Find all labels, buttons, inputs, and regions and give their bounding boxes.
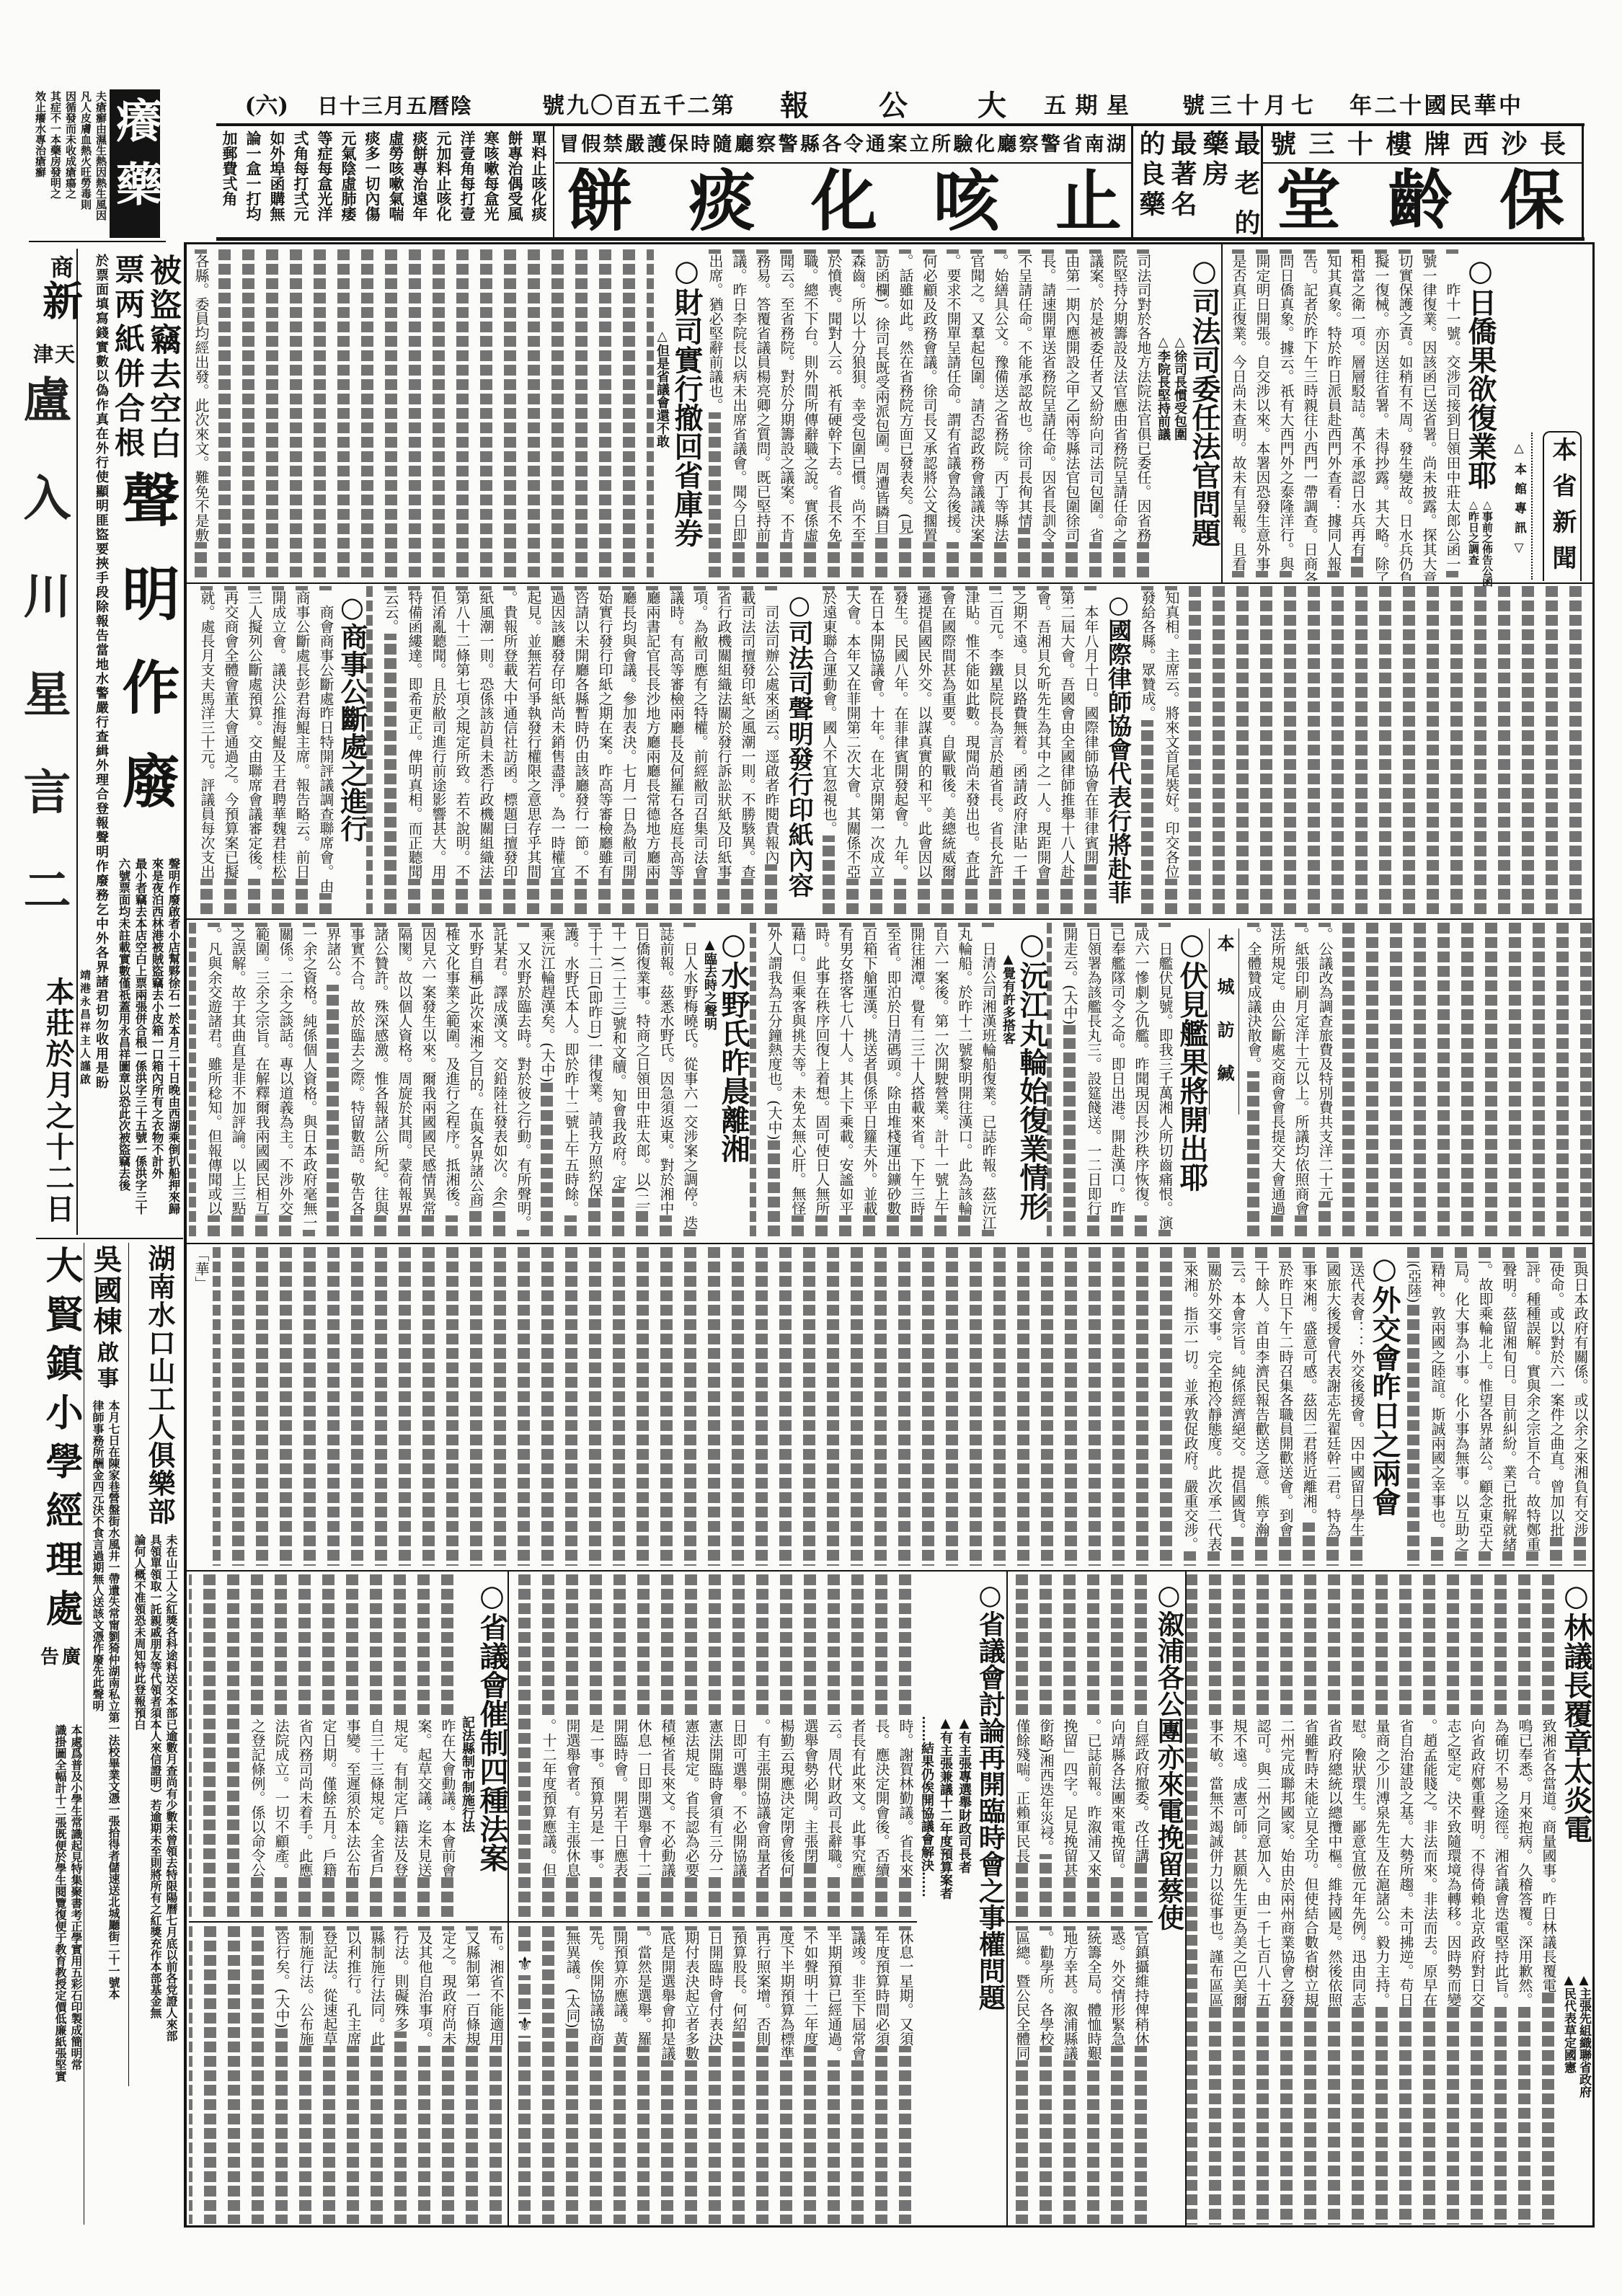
text-column: 成六一慘劇之仇艦。昨聞現因長沙秩序恢復。 bbox=[1129, 923, 1153, 1240]
text-column: 在日本開協議會。十年。在北京開第一次成立 bbox=[864, 586, 888, 916]
text-column: 託某君。譯成漢文。交鉛陸社發表如次。余( bbox=[487, 923, 511, 1240]
column-text: 遜提倡國民外交。以謀真實的和平。此會因以 bbox=[916, 590, 933, 879]
text-column: 日僑復業事。特商之日領田中莊太郎。以(二 bbox=[630, 923, 654, 1240]
column-text: 自三十三條規定。全省戶 bbox=[368, 1719, 385, 1877]
text-column: 是一事。預算另是一事。 bbox=[584, 1574, 608, 1918]
column-text: 法院成立。一切不顧產。 bbox=[272, 1719, 290, 1877]
subheadings: ▲覺有許多搭客 bbox=[1000, 923, 1016, 1240]
text-column: 定之。現政府尚未 bbox=[436, 1926, 460, 2224]
subheading: ▲民代表草定國憲 bbox=[1561, 1973, 1576, 2098]
column-text: 本處爲普及小學生常識起見特集聚書考正學實用五彩石印製成簡明常 bbox=[69, 1724, 83, 2070]
column-text: 本年八月十日。國際律師協會在菲律賓開 bbox=[1082, 590, 1099, 864]
text-column: 憲法規定。省長認為必要 bbox=[679, 1574, 703, 1918]
text-column: 是否真正復業。今日尚未查明。故未有呈報。且看 bbox=[1226, 249, 1250, 581]
masthead-lunar-date: 陰曆五月三十日 bbox=[317, 92, 471, 120]
column-text: △李院長堅持前議 bbox=[1156, 334, 1171, 440]
text-column: 。趙孟能賤之。非法而來。非法而去。原早在 bbox=[1417, 1574, 1441, 2225]
column-text: 特備函縷達。即希更正。俾明真相。而正聽聞 bbox=[406, 590, 423, 879]
article-treasury-bonds: ○財司實行撤回省庫券 △但是省議會還不敢 各縣。委員均經出發。此次來文。難免不是… bbox=[189, 249, 702, 581]
text-column: 。十二年度預算應議。但 bbox=[536, 1574, 560, 1918]
subheadings: △事前之佈告公函△昨日之調查 bbox=[1466, 498, 1494, 587]
text-column: 知真相。主席云。將來文首尾裝好。印交各位 bbox=[1159, 586, 1183, 916]
ad-text-column: 來是夜泊西林港被賊盜竊去小皮箱一口箱內所有之衣物不計外 bbox=[149, 858, 165, 1233]
text-column: 。貴報所登載大中通信社訪函。標題曰擅發印 bbox=[497, 586, 521, 916]
text-column: 再行照案增。否則 bbox=[750, 1926, 774, 2224]
text-column: 。故即乘輪北上。惟望各界諸公。顧念東亞大 bbox=[1473, 1247, 1497, 1566]
text-column: 統籌全局。體恤時艱 bbox=[1081, 1926, 1105, 2224]
text-column: 何必顧及政務會議。徐司長又承認將公文擱置 bbox=[917, 249, 941, 581]
text-column: 開選舉會者。有主張休息 bbox=[560, 1574, 584, 1918]
text-column: 僅餘殘喘。正賴軍民長 bbox=[1010, 1574, 1034, 1918]
text-column: 第八十二條第七項之規定所致。若不說明。不 bbox=[450, 586, 474, 916]
text-column: 日領署為該艦長丸三。設筵餞送。一二日即行 bbox=[1081, 923, 1105, 1240]
column-text: 休息一日即開選舉會十二 bbox=[635, 1719, 652, 1877]
tier-rule bbox=[187, 1243, 1592, 1244]
column-text: 憲法規定。省長認為必要 bbox=[683, 1719, 700, 1877]
text-column: 憲法開臨時會須有三分一 bbox=[703, 1574, 727, 1918]
text-column: 自六一案後。第一次開駛營業。計十一號上午 bbox=[929, 923, 952, 1240]
text-column: 紙風潮一則。恐係該訪員未悉行政機關組織法 bbox=[474, 586, 497, 916]
text-column: 發生。民國八年。在菲律賓開發起會。九年。 bbox=[888, 586, 912, 916]
subheadings: ▲臨去時之聲明 bbox=[701, 923, 718, 1240]
text-column: 外人謂我為五分鐘熱度也。(大中) bbox=[762, 923, 786, 1240]
subheading: ▲主張先組織聯省政府 bbox=[1576, 1973, 1591, 2098]
column-text: 律師事務所酬金四元決不食言過期無人送該文憑作廢先此聲明 bbox=[91, 1400, 105, 1711]
ad-text-column: 痰餅專治遠年 bbox=[408, 130, 432, 236]
text-column: 來湘。指示一切。並承敦促政府。嚴重交涉。 bbox=[1178, 1247, 1202, 1566]
daxianzhen-title: 大賢鎮小學經理處 bbox=[40, 1246, 81, 1638]
column-text: △事前之佈告公函 bbox=[1481, 498, 1494, 587]
text-column: 之誤解。故于其曲直是非不加評論。以上三點 bbox=[226, 923, 249, 1240]
column-text: 休息一星期。又須 bbox=[897, 1931, 914, 2046]
text-column: 不如聲明十二年度 bbox=[798, 1926, 822, 2224]
article-body: 本年八月十日。國際律師協會在菲律賓開第二屆大會。吾國會由全國律師推舉十八人赴會。… bbox=[815, 586, 1102, 916]
article-japanese-residents-reopen: ○日僑果欲復業耶 △事前之佈告公函△昨日之調查 昨十一號。交涉司接到日領田中莊太… bbox=[1223, 249, 1496, 581]
column-text: 於憤喪。聞對人云。祇有硬幹下去。省長不免 bbox=[825, 254, 843, 542]
column-text: 積極省長來文。不必動議 bbox=[659, 1719, 676, 1877]
article-body-wrapper: 自經政府撤委。改任講向靖縣各法團來電挽留。。已誌前報。昨溆浦又來挽留」四字。足見… bbox=[1008, 1574, 1153, 2225]
text-column: 于十二日(即昨日)一律復業。請我方照約保 bbox=[582, 923, 606, 1240]
column-text: 布。湘省不能適用 bbox=[487, 1931, 505, 2046]
text-column: 昨在大會動議。本會前會 bbox=[435, 1574, 459, 1918]
text-column: 法院成立。一切不顧產。 bbox=[269, 1574, 293, 1918]
article-body-wrapper: 時。謝賀林勤議。省長來長。應決定開會後。否續者長有此來文。此事究應云。周代財政司… bbox=[509, 1574, 917, 2225]
column-text: ……結果仍俟開協議會解決…… bbox=[919, 1716, 934, 1897]
headline: ○水野氏昨晨離湘 bbox=[717, 927, 749, 1163]
text-column: 。公議改為調查旅費及特別費共支洋二十元 bbox=[1313, 923, 1337, 1240]
masthead-era-year: 中華民國十二年 bbox=[1350, 92, 1521, 120]
headline-block: ○溆浦各公團亦來電挽留蔡使 bbox=[1153, 1574, 1184, 2225]
article-body: 司法司對於各地方法院法官俱已委任。因省務院堅持分期籌設及法官應由省務院呈請任命之… bbox=[702, 249, 1155, 581]
column-text: 論何人概不准領恐未周知特此登報預白 bbox=[133, 1534, 146, 1730]
text-column: 「華」 bbox=[189, 1247, 213, 1566]
text-column: 開成立會。議決公推海鯤及王君聘華魏君桂松 bbox=[266, 586, 290, 916]
text-column: 時。此事在秩序回復上着想。固可使日人無所 bbox=[810, 923, 833, 1240]
text-column: 乘沅江輪趕漢矣。(大中) bbox=[535, 923, 559, 1240]
subheadings: 記法縣制市制施行法 bbox=[459, 1574, 476, 1918]
subheading: △事前之佈告公函 bbox=[1480, 498, 1494, 587]
ad-text-column: 凡人皮膚血熱火旺勞毒則 bbox=[78, 91, 93, 236]
text-column: 自三十三條規定。全省戶 bbox=[364, 1574, 388, 1918]
article-body-lower: 官鎮攝維持俾稍休惑。外交情形緊急統籌全局。體恤時艱地方幸甚。溆浦縣議。勸學所。各… bbox=[1008, 1926, 1153, 2224]
text-column: 。話雖如此。然在省務院方面已發表矣。(見 bbox=[893, 249, 917, 581]
subheading: ▲臨去時之聲明 bbox=[701, 937, 718, 1240]
text-column: 慰。險狀環生。鄙意宜倣元年先例。迅由同志 bbox=[1346, 1574, 1370, 2225]
headline: ○司法司委任法官問題 bbox=[1188, 254, 1220, 547]
column-text: 國旅大後援會代表謝志先翟廷幹二君。特為 bbox=[1324, 1263, 1342, 1537]
column-text: 再交商會全體會董大會通過之。今預算案已擬 bbox=[222, 590, 239, 879]
column-text: 洋壹角每打壹 bbox=[458, 130, 477, 221]
masthead-date: 七月十三號 bbox=[1182, 92, 1313, 120]
column-text: 。勸學所。各學校 bbox=[1037, 1931, 1055, 2046]
text-column: 事變。至遲須於本法公布 bbox=[340, 1574, 364, 1918]
column-text: 局。化大事為小事。化小事為無事。以互助之 bbox=[1453, 1263, 1470, 1551]
article-mizuno-departs: ○水野氏昨晨離湘 ▲臨去時之聲明 日人水野梅曉氏。從事六一交涉案之調停。迭誌前報… bbox=[189, 923, 748, 1240]
tianjin-notice-city: 天津 bbox=[33, 342, 75, 368]
column-text: 。十二年度預算應議。但 bbox=[540, 1719, 557, 1877]
article-body: 商會商事公斷處昨日特開評議調查聯席會。由商事公斷處長彭君海鯤主席。報告略云。前日… bbox=[189, 586, 337, 916]
column-text: 號一律復業。因該函已送省署。尚未披露。探其大意 bbox=[1420, 254, 1437, 581]
column-text: 訪函欄)。徐司長既受兩派包圍。周遭皆瞵目 bbox=[873, 254, 890, 533]
article-body: 昨十一號。交涉司接到日領田中莊太郎公函一號一律復業。因該函已送省署。尚未披露。探… bbox=[1223, 249, 1464, 581]
text-column: 制施行法。公布施 bbox=[293, 1926, 317, 2224]
column-text: ▲主張先組織聯省政府 bbox=[1577, 1973, 1591, 2098]
column-text: 日艦伏見號。即我三千萬湘人所切齒痛恨。演 bbox=[1156, 927, 1174, 1230]
column-text: 向靖縣各法團來電挽留。 bbox=[1109, 1719, 1126, 1877]
text-column: 度下半期預算為標準 bbox=[774, 1926, 798, 2224]
column-text: 聲明。茲留湘旬日。目前糾紛。業已批解就緒 bbox=[1500, 1263, 1517, 1551]
text-column: 再交商會全體會董大會通過之。今預算案已擬 bbox=[218, 586, 242, 916]
column-text: 出席。猶必堅辭前議也。 bbox=[706, 254, 724, 412]
column-text: 楊勤云現應決定閉會後何 bbox=[778, 1719, 795, 1877]
itch-remedy-title-box: 癢藥 bbox=[110, 89, 160, 238]
column-text: 事實不合。故於臨去之際。特留數語。敬告各 bbox=[348, 927, 365, 1215]
headline-block: ○沅江丸輪始復業情形 bbox=[1016, 923, 1047, 1240]
text-column: 云云。 bbox=[378, 586, 402, 916]
column-text: 自六一案後。第一次開駛營業。計十一號上午 bbox=[932, 927, 949, 1215]
headline-block: ○財司實行撤回省庫券 bbox=[670, 249, 702, 581]
column-text: 云云。 bbox=[382, 590, 399, 634]
text-column: 於遠東聯合運動會。國人不宜忽視也。 bbox=[817, 586, 841, 916]
wu-guodong-label: 啟事 bbox=[92, 1341, 118, 1393]
column-text: 半期預算已經通過。 bbox=[825, 1931, 843, 2060]
column-text: 諸公贊許。殊深感激。惟各報諸公所紀。往與 bbox=[372, 927, 389, 1215]
text-column: 會。吾湘貝允昕先生為其中之一人。現距開會 bbox=[1031, 586, 1055, 916]
tier-rule bbox=[187, 918, 1592, 920]
column-text: 開臨時會。開若干日應表 bbox=[611, 1719, 629, 1877]
column-text: 未在山工人之紅獎各科途料送交本部已逾數月查尚有少數未曾領去特限陽曆七月底以前各党… bbox=[164, 1534, 178, 2042]
ad-text-column: 單料止咳化痰 bbox=[527, 130, 551, 236]
subheading: △李院長堅持前議 bbox=[1155, 334, 1171, 581]
daxianzhen-label: 廣告 bbox=[40, 1645, 81, 1670]
column-text: 單料止咳化痰 bbox=[530, 130, 548, 221]
tier-rule bbox=[187, 1570, 1592, 1572]
ad-text-column: 具領單領取一託親戚朋友等代領者須本人來信證明）若逾期未至則將所有之紅獎充作本部基… bbox=[147, 1534, 163, 2086]
headline-block: ○外交會昨日之兩會 bbox=[1368, 1247, 1400, 1566]
column-text: 會在國際間甚為重要。自歐戰後。美總統威爾 bbox=[939, 590, 957, 879]
column-text: 。當然是選舉。羅 bbox=[635, 1931, 652, 2046]
tianjin-notice-big-char: 新 bbox=[43, 280, 76, 320]
column-text: 記法縣制市制施行法 bbox=[460, 1716, 475, 1832]
column-text: 外人謂我為五分鐘熱度也。(大中) bbox=[766, 927, 783, 1140]
text-column: 。始繕具公文。豫備送之省務院。丙丁等縣法 bbox=[988, 249, 1012, 581]
article-assembly-urges-four-laws: ○省議會催制四種法案 記法縣制市制施行法 昨在大會動議。本會前會案。起草交議。迄… bbox=[189, 1574, 508, 2225]
column-text: 其症不一本藥房發明之 bbox=[49, 91, 62, 199]
article-yuanjiang-maru-resumes: ○沅江丸輪始復業情形 ▲覺有許多搭客 日清公司湘漢班輪船復業。已誌昨報。茲沅江丸… bbox=[750, 923, 1047, 1240]
lost-tickets-body: 聲明作廢啟者小店幫夥徐石一於本月二十日晚由西湖乘倒扒船押來歸來是夜泊西林港被賊盜… bbox=[114, 858, 182, 1233]
column-text: 日即可選舉。不必開協議 bbox=[730, 1719, 748, 1877]
text-column: 商事公斷處長彭君海鯤主席。報告略云。前日 bbox=[290, 586, 314, 916]
column-text: 志之堅定。決不致隨環境為轉移。因時勢而變 bbox=[1445, 1719, 1462, 2007]
text-column: 案。起草交議。迄未見送 bbox=[412, 1574, 435, 1918]
daxianzhen-body: 本處爲普及小學生常識起見特集聚書考正學實用五彩石印製成簡明常識掛圖全幅計十二張既… bbox=[50, 1724, 84, 2092]
column-text: 日領署為該艦長丸三。設筵餞送。一二日即行 bbox=[1085, 927, 1102, 1215]
column-text: ▲有主張兼議十二年度預算案者 bbox=[938, 1716, 953, 1900]
text-column: 就。處長月支夫馬洋三十元。評議員每次支出 bbox=[195, 586, 218, 916]
article-speaker-lin-reply-zhang-taiyan: ○林議長覆章太炎電 ▲主張先組織聯省政府▲民代表草定國憲 致湘省各當道。商量國事… bbox=[1187, 1574, 1592, 2225]
headline: ○外交會昨日之兩會 bbox=[1368, 1251, 1400, 1516]
subheading: ▲覺有許多搭客 bbox=[1000, 952, 1016, 1240]
ad-slogan-column: 的良藥 bbox=[1135, 130, 1166, 235]
text-column: 事實不合。故於臨去之際。特留數語。敬告各 bbox=[345, 923, 368, 1240]
text-column: 規不遠。成憲可師。甚願先生更為美之巴美爾 bbox=[1227, 1574, 1251, 2225]
column-text: 議。昨日李院長以病未出席省議會。聞今日即 bbox=[730, 254, 748, 542]
column-text: 咨請以未開廳各縣暫時仍由該廳發行一節。不 bbox=[572, 590, 590, 879]
text-column: 一余之資格。純係個人資格。與日本政府毫無一 bbox=[297, 923, 321, 1240]
tianjin-notice-date: 本莊於月之十二日 bbox=[42, 977, 74, 1225]
article-assembly-extra-session: ○省議會討論再開臨時會之事權問題 ▲有主張專選舉財政司長者▲有主張兼議十二年度預… bbox=[509, 1574, 1006, 2225]
column-text: (亞陸) bbox=[1405, 1263, 1422, 1303]
text-column: 榷文化事業之範圍。及進行之程序。抵湘後。 bbox=[440, 923, 464, 1240]
subheadings: ▲有主張專選舉財政司長者▲有主張兼議十二年度預算案者……結果仍俟開協議會解決…… bbox=[917, 1574, 973, 2225]
column-text: 規不遠。成憲可師。甚願先生更為美之巴美爾 bbox=[1231, 1719, 1248, 2007]
text-column: 量商之少川溥泉先生及在滬諸公。毅力主持。 bbox=[1370, 1574, 1393, 2225]
article-continuation: 與日本政府有關係。或以余之來湘負有交涉使命。或以對於六一案件之曲直。曾加以批評。… bbox=[1401, 1247, 1592, 1566]
text-column: 無異議。(太同) bbox=[560, 1926, 584, 2224]
text-column: 鳴已奉悉。月來抱病。久稽答覆。深用歉然。 bbox=[1512, 1574, 1536, 2225]
ad-text-column: 最小者竊去本店空白上票兩張併合根一係洪字三十五號一係洪字三十 bbox=[132, 858, 149, 1233]
column-text: 寒咳嗽每盒光 bbox=[482, 130, 500, 221]
text-column: 挽留」四字。足見挽留甚 bbox=[1058, 1574, 1081, 1918]
column-text: 以利推行。孔主席 bbox=[345, 1931, 362, 2046]
text-column: 百箱下艙運漢。挑送者俱係平日籮夫外。並載 bbox=[857, 923, 881, 1240]
column-text: 日開臨時會付表決 bbox=[706, 1931, 724, 2046]
column-text: 使命。或以對於六一案件之曲直。曾加以批 bbox=[1548, 1263, 1565, 1537]
column-text: 行法。則礙殊多 bbox=[392, 1931, 409, 2031]
headline: ○溆浦各公團亦來電挽留蔡使 bbox=[1154, 1579, 1184, 1931]
article-body-upper: 自經政府撤委。改任講向靖縣各法團來電挽留。。已誌前報。昨溆浦又來挽留」四字。足見… bbox=[1008, 1574, 1153, 1918]
left-ad-rule bbox=[36, 1238, 183, 1239]
text-column: 始實行發行印紙之期在案。昨高等審檢廳雖有 bbox=[593, 586, 616, 916]
ad-slogan-column: 藥房 bbox=[1198, 130, 1230, 235]
text-column: 廳兩書記官長長沙地方廳兩廳長常德地方廳兩 bbox=[640, 586, 664, 916]
text-column: 誌前報。茲悉水野氏。因急須返東。對於湘中 bbox=[654, 923, 678, 1240]
column-text: 託某君。譯成漢文。交鉛陸社發表如次。余( bbox=[491, 927, 508, 1207]
column-text: 時。謝賀林勤議。省長來 bbox=[897, 1719, 914, 1877]
text-column: 。凡與余交遊諸君。雖所稔知。但報傳聞或以 bbox=[202, 923, 226, 1240]
column-text: ▲有主張專選舉財政司長者 bbox=[957, 1716, 972, 1874]
ad-top-rule bbox=[216, 123, 1585, 126]
column-text: 司法司辦公處來函云。逕啟者昨閱貴報內 bbox=[763, 590, 780, 864]
column-text: 制施行法。公布施 bbox=[297, 1931, 314, 2046]
headline: ○伏見艦果將開出耶 bbox=[1176, 927, 1207, 1192]
column-text: 無異議。(太同) bbox=[564, 1931, 581, 2029]
column-text: 因循發而未收成瘡瘍之 bbox=[64, 91, 77, 199]
text-column: 官聞之。又羣起包圍。請否認政務會議議決案 bbox=[965, 249, 988, 581]
column-text: 自經政府撤委。改任講 bbox=[1133, 1719, 1150, 1863]
column-text: 識掛圖全幅計十二張既便於學生閱覽復便于教育教授定價低廉紙張堅實 bbox=[53, 1724, 67, 2082]
ad-text-column: 痰多一切內傷 bbox=[360, 130, 384, 236]
column-text: 。貴報所登載大中通信社訪函。標題曰擅發印 bbox=[501, 590, 518, 879]
column-text: 為確切不易之途徑。湘省議會迭電堅持此旨。 bbox=[1492, 1719, 1510, 2007]
column-text: 長。請速開單送省務院呈請任命。因省長訓令 bbox=[1040, 254, 1057, 542]
article-warship-fushimi: ○伏見艦果將開出耶 日艦伏見號。即我三千萬湘人所切齒痛恨。演成六一慘劇之仇艦。昨… bbox=[1047, 923, 1207, 1240]
text-column: 項。為敝司應有之特權。前經敝司召集司法會 bbox=[688, 586, 712, 916]
text-column: 送代表會：：外交後援會。因中國留日學生 bbox=[1344, 1247, 1368, 1566]
column-text: 凡人皮膚血熱火旺勞毒則 bbox=[79, 91, 92, 210]
text-column: 起見。並無若何爭執發行權限之意思存乎其間 bbox=[521, 586, 545, 916]
shuikoushan-title: 湖南水口山工人俱樂部 bbox=[142, 1244, 177, 1525]
text-column: 登記法。從速起草 bbox=[317, 1926, 341, 2224]
text-column: 。全體贊成議決散會。 bbox=[1241, 923, 1265, 1240]
column-text: 會。吾湘貝允昕先生為其中之一人。現距開會 bbox=[1034, 590, 1052, 879]
text-column: 又縣制第一百條規 bbox=[460, 1926, 484, 2224]
text-column: 又水野於臨去時。對於彼之行動。有所聲明。 bbox=[511, 923, 535, 1240]
text-column: 使命。或以對於六一案件之曲直。曾加以批 bbox=[1544, 1247, 1568, 1566]
text-column: 日人水野梅曉氏。從事六一交涉案之調停。迭 bbox=[678, 923, 701, 1240]
text-column: 之登記條例。係以命令公 bbox=[245, 1574, 269, 1918]
text-column: 官鎮攝維持俾稍休 bbox=[1129, 1926, 1153, 2224]
text-column: 及其他自治事項。 bbox=[412, 1926, 436, 2224]
column-text: 大會。本年又在菲開第二次大會。其關係不亞 bbox=[844, 590, 861, 879]
text-column: 聞云。至省務院。對於分期籌設之議案。不肯 bbox=[774, 249, 798, 581]
column-text: 誌前報。茲悉水野氏。因急須返東。對於湘中 bbox=[657, 927, 675, 1215]
text-column: 各縣。委員均經出發。此次來文。難免不是敷 bbox=[189, 249, 213, 581]
wavy-divider bbox=[1531, 433, 1533, 580]
text-column: 休息一星期。又須 bbox=[893, 1926, 917, 2224]
text-column: 院堅持分期籌設及法官應由省務院呈請任命之 bbox=[1107, 249, 1131, 581]
text-column: 第二屆大會。吾國會由全國律師推舉十八人赴 bbox=[1055, 586, 1078, 916]
column-text: 聲明作廢啟者小店幫夥徐石一於本月二十日晚由西湖乘倒扒船押來歸 bbox=[167, 858, 180, 1215]
column-text: 十一)(二十三)號和文牘。知會我政府。定 bbox=[610, 927, 627, 1189]
text-column: 二百元。李鐵星院長為言於趙省長。省長允許 bbox=[983, 586, 1007, 916]
column-text: 三人擬列公斷處預算。交由聯席會議審定後。 bbox=[246, 590, 263, 879]
headline: ○國際律師協會代表行將赴菲 bbox=[1105, 590, 1131, 904]
text-column: 藉口。但乘客與挑夫等。未免太無心肝。無怪 bbox=[786, 923, 810, 1240]
text-column: 致湘省各當道。商量國事。昨日林議長覆電 bbox=[1536, 1574, 1560, 2225]
subheading: △但是省議會還不敢 bbox=[654, 329, 670, 581]
text-column: 森齒。所以十分狼狽。幸受包圍已慣。尚不至 bbox=[846, 249, 869, 581]
text-column: 開往湘潭。覺有二三十人搭載來省。下午三時 bbox=[905, 923, 929, 1240]
column-text: 過因該廳發存印紙尚未銷售盡淨。為一時權宜 bbox=[549, 590, 566, 879]
column-text: 惑。外交情形緊急 bbox=[1109, 1931, 1126, 2046]
column-text: 省政府總統以總攬中樞。維持國是。然後依照 bbox=[1326, 1719, 1343, 2007]
column-text: 省雖暫時未能立見全功。但使結合數省樹立規 bbox=[1302, 1719, 1319, 2007]
column-text: 送代表會：：外交後援會。因中國留日學生 bbox=[1348, 1263, 1365, 1537]
article-body-lower: 休息一星期。又須年度預算時間必須議竣。非至下屆常會半期預算已經通過。不如聲明十二… bbox=[509, 1926, 917, 2224]
column-text: 加郵費弍角 bbox=[221, 130, 239, 206]
column-text: 。凡與余交遊諸君。雖所稔知。但報傳聞或以 bbox=[205, 927, 223, 1215]
subheading: ……結果仍俟開協議會解決…… bbox=[917, 1716, 936, 2225]
headline-block: ○日僑果欲復業耶 △事前之佈告公函△昨日之調查 bbox=[1464, 249, 1496, 581]
subheadings: ▲主張先組織聯省政府▲民代表草定國憲 bbox=[1561, 1973, 1591, 2098]
text-column: 自經政府撤委。改任講 bbox=[1129, 1574, 1153, 1918]
headline: ○財司實行撤回省庫券 bbox=[670, 254, 702, 547]
subheading: △昨日之調查 bbox=[1466, 498, 1480, 587]
column-text: 昨在大會動議。本會前會 bbox=[439, 1719, 456, 1877]
ad-slogan-column: 最老的 bbox=[1230, 130, 1262, 235]
column-text: 切實保護之責。如稍有不周。發生變故。日水兵仍負 bbox=[1396, 254, 1414, 581]
text-column: 銜略)湘西迭年災祲。 bbox=[1034, 1574, 1058, 1918]
text-column: 聲明。茲留湘旬日。目前糾紛。業已批解就緒 bbox=[1497, 1247, 1520, 1566]
column-text: 職。總不下台。則外間所傳辭職之說。實係虛 bbox=[802, 254, 819, 542]
column-text: 告。記者於昨下午三時親往小西門一帶調查。日商各 bbox=[1301, 254, 1319, 581]
column-text: 一余之資格。純係個人資格。與日本政府毫無一 bbox=[301, 927, 318, 1230]
text-column: 精神。敦兩國之睦誼。斯誠兩國之幸事也。 bbox=[1425, 1247, 1449, 1566]
column-text: 第八十二條第七項之規定所致。若不說明。不 bbox=[453, 590, 471, 879]
text-column: 法所規定。由公斷處交商會會長提交大會通過 bbox=[1265, 923, 1289, 1240]
text-column: 出席。猶必堅辭前議也。 bbox=[703, 249, 727, 581]
column-text: 藉口。但乘客與挑夫等。未免太無心肝。無怪 bbox=[789, 927, 807, 1215]
column-text: 本月七日在陳家巷營盤街水風井一帶遺失常甯劉猗仲湖南私立第一法校畢業文憑一張拾得者… bbox=[107, 1400, 120, 2000]
column-text: 何必顧及政務會議。徐司長又承認將公文擱置 bbox=[921, 254, 938, 542]
tianjin-notice-partial-glyphs-clip: 盧入川星言二 bbox=[22, 375, 76, 966]
column-text: 日人水野梅曉氏。從事六一交涉案之調停。迭 bbox=[681, 927, 699, 1230]
lost-tickets-long-column: 於票面填寫錢實數以偽作真在外行使顯明匪盜要挾手段除報告當地水警嚴行查緝外理合登報… bbox=[92, 254, 110, 1130]
article-body-upper: 昨在大會動議。本會前會案。起草交議。迄未見送規定。有制定戶籍法及登自三十三條規定… bbox=[189, 1574, 459, 1918]
text-column: 十一)(二十三)號和文牘。知會我政府。定 bbox=[606, 923, 630, 1240]
shuikoushan-body: 未在山工人之紅獎各科途料送交本部已逾數月查尚有少數未曾領去特限陽曆七月底以前各党… bbox=[131, 1534, 179, 2086]
column-text: 範圍。三余之宗旨。在解釋爾我兩國國民相互 bbox=[253, 927, 270, 1215]
column-divider bbox=[1221, 244, 1223, 582]
article-intl-lawyers-association: ○國際律師協會代表行將赴菲 本年八月十日。國際律師協會在菲律賓開第二屆大會。吾國… bbox=[815, 586, 1134, 916]
column-text: 擬一復械。亦因送往省署。未得抄露。其大略。除了 bbox=[1373, 254, 1390, 581]
column-text: 不呈請任命。不能承認故也。徐司長徇其情 bbox=[1016, 254, 1033, 528]
column-text: 如外埠函購無 bbox=[268, 130, 286, 221]
column-text: 百箱下艙運漢。挑送者俱係平日籮夫外。並載 bbox=[861, 927, 878, 1215]
column-text: 省行政機關組織法關於發行訴訟狀紙及印紙事 bbox=[715, 590, 732, 879]
column-text: 。話雖如此。然在省務院方面已發表矣。(見 bbox=[897, 254, 914, 533]
column-text: 護。水野氏本人。即於昨十二號上午五時餘。 bbox=[562, 927, 580, 1215]
ad-text-column: 元氣陰虛肺痿 bbox=[337, 130, 360, 236]
column-text: 。有主張開協議會商量者 bbox=[754, 1719, 771, 1877]
headline: ○司法司聲明發行印紙內容 bbox=[785, 590, 813, 897]
article-commercial-arbitration: ○商事公斷處之進行 商會商事公斷處昨日特開評議調查聯席會。由商事公斷處長彭君海鯤… bbox=[189, 586, 366, 916]
subheading: 記法縣制市制施行法 bbox=[459, 1716, 476, 1918]
ad-text-column: 元加料止咳化 bbox=[432, 130, 456, 236]
headline-block: ○商事公斷處之進行 bbox=[337, 586, 366, 916]
column-text: 挽留」四字。足見挽留甚 bbox=[1061, 1719, 1078, 1877]
column-text: 銜略)湘西迭年災祲。 bbox=[1037, 1719, 1055, 1854]
tianjin-notice-partial-glyphs: 盧入川星言二 bbox=[22, 375, 71, 963]
ad-text-column: 本處爲普及小學生常識起見特集聚書考正學實用五彩石印製成簡明常 bbox=[68, 1724, 84, 2092]
column-text: 規定。有制定戶籍法及登 bbox=[391, 1719, 409, 1877]
ad-text-column: 等症每盒光洋 bbox=[313, 130, 337, 236]
text-column: 範圍。三余之宗旨。在解釋爾我兩國國民相互 bbox=[249, 923, 273, 1240]
column-text: 評。種種誤解。實與余之宗旨不合。故特鄭重 bbox=[1524, 1263, 1541, 1551]
text-column: 日即可選舉。不必開協議 bbox=[727, 1574, 750, 1918]
text-column: 十餘人。首由李濟民報告歡送之意。熊亨瀚 bbox=[1249, 1247, 1273, 1566]
text-column: 問日僑真象。據云。祇有大西門外之泰隆洋行。與 bbox=[1274, 249, 1298, 581]
column-text: 項。為敝司應有之特權。前經敝司召集司法會 bbox=[691, 590, 709, 879]
column-text: 年度預算時間必須 bbox=[873, 1931, 890, 2046]
column-text: 關係。二余之談話。專以道義為主。不涉外交 bbox=[277, 927, 294, 1215]
column-text: 廳長均與會議。參加表決。七月一日為敝司開 bbox=[620, 590, 637, 879]
column-text: 及其他自治事項。 bbox=[416, 1931, 433, 2046]
ad-text-column: 餅專治偶受風 bbox=[503, 130, 527, 236]
text-column: 地方幸甚。溆浦縣議 bbox=[1058, 1926, 1081, 2224]
masthead-page-number: (六) bbox=[228, 92, 288, 120]
